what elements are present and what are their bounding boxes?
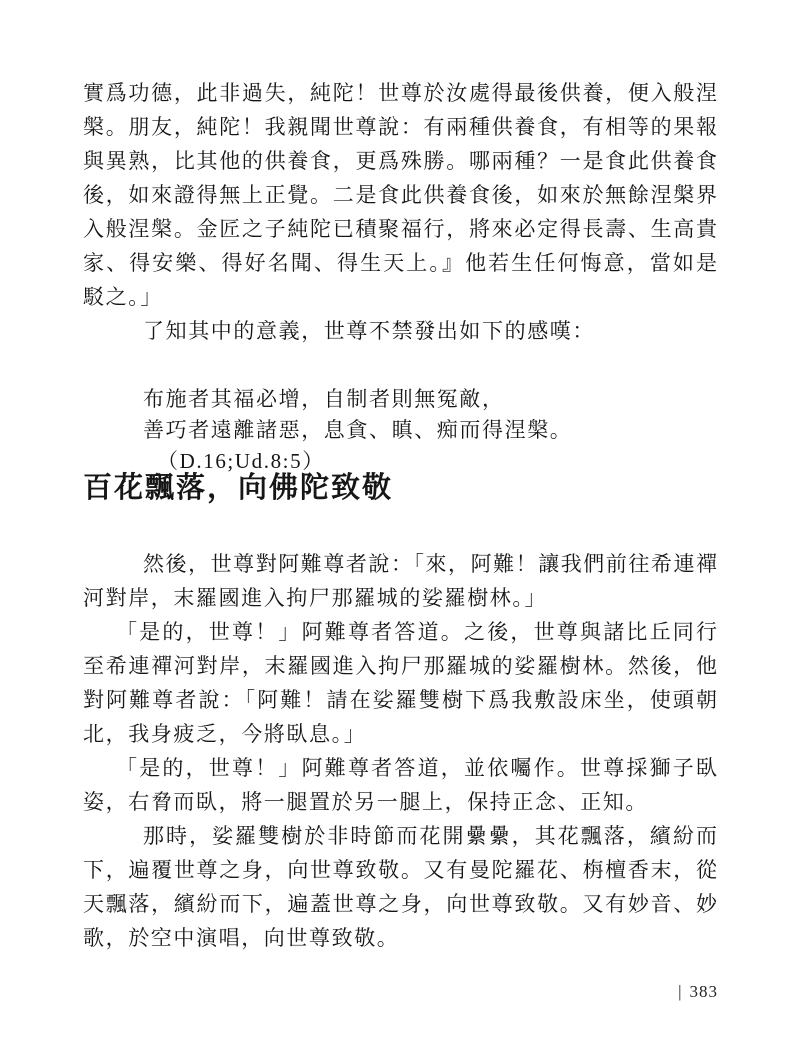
page-number-divider: | <box>678 982 682 1001</box>
text-line: 然後，世尊對阿難尊者說：「來，阿難！讓我們前往希連禪 <box>83 547 717 581</box>
text-line: 姿，右脅而臥，將一腿置於另一腿上，保持正念、正知。 <box>83 785 717 819</box>
paragraph: 「是的，世尊！」阿難尊者答道，並依囑作。世尊採獅子臥 姿，右脅而臥，將一腿置於另… <box>83 751 717 819</box>
text-line: 駁之。」 <box>83 280 717 314</box>
verse-line: 布施者其福必增，自制者則無冤敵， <box>83 384 717 415</box>
paragraph: 實爲功德，此非過失，純陀！世尊於汝處得最後供養，便入般涅 槃。朋友，純陀！我親聞… <box>83 76 717 314</box>
verse-line-text: 善巧者遠離諸惡，息貪、瞋、痴而得涅槃。 <box>143 418 572 442</box>
text-line: 入般涅槃。金匠之子純陀已積聚福行，將來必定得長壽、生高貴 <box>83 212 717 246</box>
text-line: 槃。朋友，純陀！我親聞世尊說：有兩種供養食，有相等的果報 <box>83 110 717 144</box>
text-line: 天飄落，繽紛而下，遍蓋世尊之身，向世尊致敬。又有妙音、妙 <box>83 887 717 921</box>
text-line: 北，我身疲乏，今將臥息。」 <box>83 717 717 751</box>
page-number: |383 <box>678 982 718 1002</box>
verse: 布施者其福必增，自制者則無冤敵， 善巧者遠離諸惡，息貪、瞋、痴而得涅槃。（D.1… <box>83 384 717 446</box>
paragraph: 「是的，世尊！」阿難尊者答道。之後，世尊與諸比丘同行 至希連禪河對岸，末羅國進入… <box>83 615 717 751</box>
text-line: 「是的，世尊！」阿難尊者答道，並依囑作。世尊採獅子臥 <box>83 751 717 785</box>
paragraph: 了知其中的意義，世尊不禁發出如下的感嘆： <box>83 314 717 348</box>
book-page: 實爲功德，此非過失，純陀！世尊於汝處得最後供養，便入般涅 槃。朋友，純陀！我親聞… <box>0 0 792 1056</box>
text-line: 實爲功德，此非過失，純陀！世尊於汝處得最後供養，便入般涅 <box>83 76 717 110</box>
section-heading: 百花飄落，向佛陀致敬 <box>83 470 717 506</box>
text-line: 了知其中的意義，世尊不禁發出如下的感嘆： <box>83 314 717 348</box>
text-block: 實爲功德，此非過失，純陀！世尊於汝處得最後供養，便入般涅 槃。朋友，純陀！我親聞… <box>83 76 717 955</box>
paragraph: 然後，世尊對阿難尊者說：「來，阿難！讓我們前往希連禪 河對岸，末羅國進入拘尸那羅… <box>83 547 717 615</box>
text-line: 歌，於空中演唱，向世尊致敬。 <box>83 921 717 955</box>
paragraph: 那時，娑羅雙樹於非時節而花開纍纍，其花飄落，繽紛而 下，遍覆世尊之身，向世尊致敬… <box>83 819 717 955</box>
verse-line: 善巧者遠離諸惡，息貪、瞋、痴而得涅槃。（D.16;Ud.8:5） <box>83 415 717 446</box>
text-line: 下，遍覆世尊之身，向世尊致敬。又有曼陀羅花、栴檀香末，從 <box>83 853 717 887</box>
text-line: 「是的，世尊！」阿難尊者答道。之後，世尊與諸比丘同行 <box>83 615 717 649</box>
text-line: 後，如來證得無上正覺。二是食此供養食後，如來於無餘涅槃界 <box>83 178 717 212</box>
text-line: 至希連禪河對岸，末羅國進入拘尸那羅城的娑羅樹林。然後，他 <box>83 649 717 683</box>
text-line: 那時，娑羅雙樹於非時節而花開纍纍，其花飄落，繽紛而 <box>83 819 717 853</box>
text-line: 家、得安樂、得好名聞、得生天上。』他若生任何悔意，當如是 <box>83 246 717 280</box>
text-line: 河對岸，末羅國進入拘尸那羅城的娑羅樹林。」 <box>83 581 717 615</box>
text-line: 與異熟，比其他的供養食，更爲殊勝。哪兩種？一是食此供養食 <box>83 144 717 178</box>
text-line: 對阿難尊者說：「阿難！請在娑羅雙樹下爲我敷設床坐，使頭朝 <box>83 683 717 717</box>
page-number-value: 383 <box>690 982 719 1001</box>
